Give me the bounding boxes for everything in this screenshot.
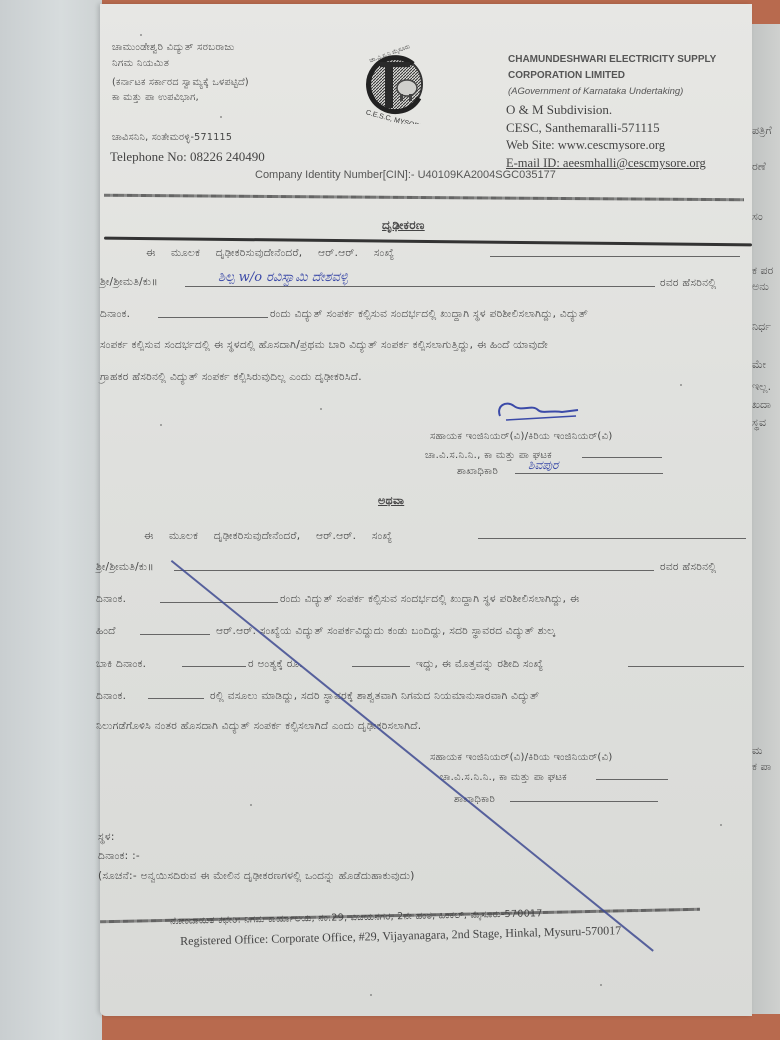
handwritten-officer: ಶಿವಪುರ [528, 458, 558, 473]
section1-officer-label: ಶಾಖಾಧಿಕಾರಿ [457, 466, 498, 477]
section1-name-prefix: ಶ್ರೀ/ಶ್ರೀಮತಿ/ಕು॥ [100, 276, 158, 289]
rr-number-field-1[interactable] [490, 256, 740, 257]
cesc-logo-icon: ಚಾ.ವಿ.ಸ.ನಿ ಮೈಸೂರು C.E.S.C, MYSORE [355, 42, 437, 124]
kn-org-line1: ಚಾಮುಂಡೇಶ್ವರಿ ವಿದ್ಯುತ್ ಸರಬರಾಜು [112, 42, 235, 53]
amount-field[interactable] [352, 666, 410, 667]
arrears-date-field[interactable] [182, 666, 246, 667]
en-subdivision: O & M Subdivision. [506, 102, 612, 118]
receipt-number-field[interactable] [628, 666, 744, 667]
section1-line4: ಸಂಪರ್ಕ ಕಲ್ಪಿಸುವ ಸಂದರ್ಭದಲ್ಲಿ ಈ ಸ್ಥಳದಲ್ಲಿ … [100, 339, 548, 352]
place-label: ಸ್ಥಳ: [98, 831, 115, 844]
side-fragment: ಕ ಪಾ [752, 760, 771, 774]
sign-unit-line-2 [596, 779, 668, 780]
kn-subdivision: ಕಾ ಮತ್ತು ಪಾ ಉಪವಿಭಾಗ, [112, 92, 199, 103]
section2-line5-a: ಬಾಕಿ ದಿನಾಂಕ. [96, 658, 146, 671]
section1-title: ದೃಢೀಕರಣ [382, 218, 425, 233]
section1-name-suffix: ರವರ ಹೆಸರಿನಲ್ಲಿ [660, 277, 716, 290]
section2-sign-designation: ಸಹಾಯಕ ಇಂಜಿನಿಯರ್(ವಿ)/ಕಿರಿಯ ಇಂಜಿನಿಯರ್(ವಿ) [430, 752, 613, 763]
side-fragment: ನಿರ್ಧ [752, 320, 771, 334]
side-fragment: ಅನು [752, 280, 769, 294]
website-link[interactable]: Web Site: www.cescmysore.org [506, 138, 665, 153]
section2-line6: ರಲ್ಲಿ ವಸೂಲು ಮಾಡಿದ್ದು, ಸದರಿ ಸ್ಥಾವರಕ್ಕೆ ಶಾ… [210, 690, 539, 703]
side-fragment: ಸಂ [752, 210, 763, 224]
telephone: Telephone No: 08226 240490 [110, 149, 265, 165]
officer-line-2 [510, 801, 658, 802]
kn-org-line2: ನಿಗಮ ನಿಯಮಿತ [112, 58, 169, 69]
receipt-date-field[interactable] [148, 698, 204, 699]
section1-date-prefix: ದಿನಾಂಕ. [100, 308, 130, 321]
document-sheet: ಚಾಮುಂಡೇಶ್ವರಿ ವಿದ್ಯುತ್ ಸರಬರಾಜು ನಿಗಮ ನಿಯಮಿ… [100, 4, 752, 1016]
section2-date-prefix: ದಿನಾಂಕ. [96, 593, 126, 606]
section2-line5-c: ಇದ್ದು, ಈ ಮೊತ್ತವನ್ನು ರಶೀದಿ ಸಂಖ್ಯೆ [416, 658, 543, 671]
date-field-2[interactable] [160, 602, 278, 603]
section2-line4-prefix: ಹಿಂದೆ [96, 625, 116, 638]
kn-registered-office: ನೋಂದಾಯಿತ ಕಛೇರಿ: ನಿಗಮ ಕಾರ್ಯಾಲಯ, ನಂ.29, ವಿ… [170, 908, 543, 927]
signature-scribble-icon [492, 396, 582, 426]
name-field-1[interactable] [185, 286, 655, 287]
adjacent-left-page [0, 0, 102, 1040]
name-field-2[interactable] [174, 570, 654, 571]
section1-line3: ರಂದು ವಿದ್ಯುತ್ ಸಂಪರ್ಕ ಕಲ್ಪಿಸುವ ಸಂದರ್ಭದಲ್ಲ… [270, 308, 588, 321]
section2-name-prefix: ಶ್ರೀ/ಶ್ರೀಮತಿ/ಕು॥ [96, 561, 154, 574]
kn-address: ಚಾವಿಸನಿನಿ, ಸಂತೇಮರಳ್ಳಿ-571115 [112, 132, 232, 143]
cesc-logo: ಚಾ.ವಿ.ಸ.ನಿ ಮೈಸೂರು C.E.S.C, MYSORE [355, 42, 437, 124]
handwritten-name: ಶಿಲ್ಪ w/o ರವಿಸ್ವಾಮಿ ದೇಶವಳ್ಳಿ [218, 270, 348, 285]
section1-line1: ಈ ಮೂಲಕ ದೃಢೀಕರಿಸುವುದೇನೆಂದರೆ, ಆರ್.ಆರ್. ಸಂಖ… [146, 247, 394, 260]
en-org-line1: CHAMUNDESHWARI ELECTRICITY SUPPLY [508, 54, 716, 65]
section2-line1: ಈ ಮೂಲಕ ದೃಢೀಕರಿಸುವುದೇನೆಂದರೆ, ಆರ್.ಆರ್. ಸಂಖ… [144, 530, 392, 543]
en-address: CESC, Santhemaralli-571115 [506, 120, 660, 136]
adjacent-right-page: ಪತ್ರಿಗೆ ರಣೆ ಸಂ ಕ ಪರ ಅನು ನಿರ್ಧ ಮೇ ಇಲ್ಲ. ಖ… [748, 24, 780, 1014]
en-registered-office: Registered Office: Corporate Office, #29… [180, 923, 621, 949]
header-rule [104, 194, 744, 201]
section1-rule [104, 237, 752, 247]
sign-unit-line [582, 457, 662, 458]
section2-name-suffix: ರವರ ಹೆಸರಿನಲ್ಲಿ [660, 561, 716, 574]
side-fragment: ರಣೆ [752, 160, 766, 174]
date-field-1[interactable] [158, 317, 268, 318]
previous-field[interactable] [140, 634, 210, 635]
section1-line5: ಗ್ರಾಹಕರ ಹೆಸರಿನಲ್ಲಿ ವಿದ್ಯುತ್ ಸಂಪರ್ಕ ಕಲ್ಪಿ… [100, 371, 362, 384]
note-text: (ಸೂಚನೆ:- ಅನ್ವಯಿಸದಿರುವ ಈ ಮೇಲಿನ ದೃಢೀಕರಣಗಳಲ… [98, 870, 415, 883]
date-label: ದಿನಾಂಕ: :- [98, 850, 140, 863]
en-gov-line: (AGovernment of Karnataka Undertaking) [508, 86, 683, 97]
or-label: ಅಥವಾ [378, 494, 404, 508]
side-fragment: ಪತ್ರಿಗೆ [752, 124, 772, 138]
side-fragment: ಖದಾ [752, 398, 771, 412]
side-fragment: ಕ ಪರ [752, 264, 773, 278]
side-fragment: ಇಲ್ಲ. [752, 380, 771, 394]
side-fragment: ಮೇ [752, 358, 766, 372]
side-fragment: ಸ್ಥವ [752, 416, 766, 430]
side-fragment: ಮ [752, 744, 762, 758]
section1-sign-designation: ಸಹಾಯಕ ಇಂಜಿನಿಯರ್(ವಿ)/ಕಿರಿಯ ಇಂಜಿನಿಯರ್(ವಿ) [430, 431, 613, 442]
section2-sign-unit: ಚಾ.ವಿ.ಸ.ನಿ.ನಿ., ಕಾ ಮತ್ತು ಪಾ ಘಟಕ [440, 772, 567, 783]
section2-line3: ರಂದು ವಿದ್ಯುತ್ ಸಂಪರ್ಕ ಕಲ್ಪಿಸುವ ಸಂದರ್ಭದಲ್ಲ… [280, 593, 579, 606]
kn-gov-line: (ಕರ್ನಾಟಕ ಸರ್ಕಾರದ ಸ್ವಾಮ್ಯಕ್ಕೆ ಒಳಪಟ್ಟಿದೆ) [112, 77, 249, 88]
cin-number: Company Identity Number[CIN]:- U40109KA2… [255, 169, 556, 181]
en-org-line2: CORPORATION LIMITED [508, 70, 625, 81]
rr-number-field-2[interactable] [478, 538, 746, 539]
section2-line6-prefix: ದಿನಾಂಕ. [96, 690, 126, 703]
officer-line [515, 473, 663, 474]
